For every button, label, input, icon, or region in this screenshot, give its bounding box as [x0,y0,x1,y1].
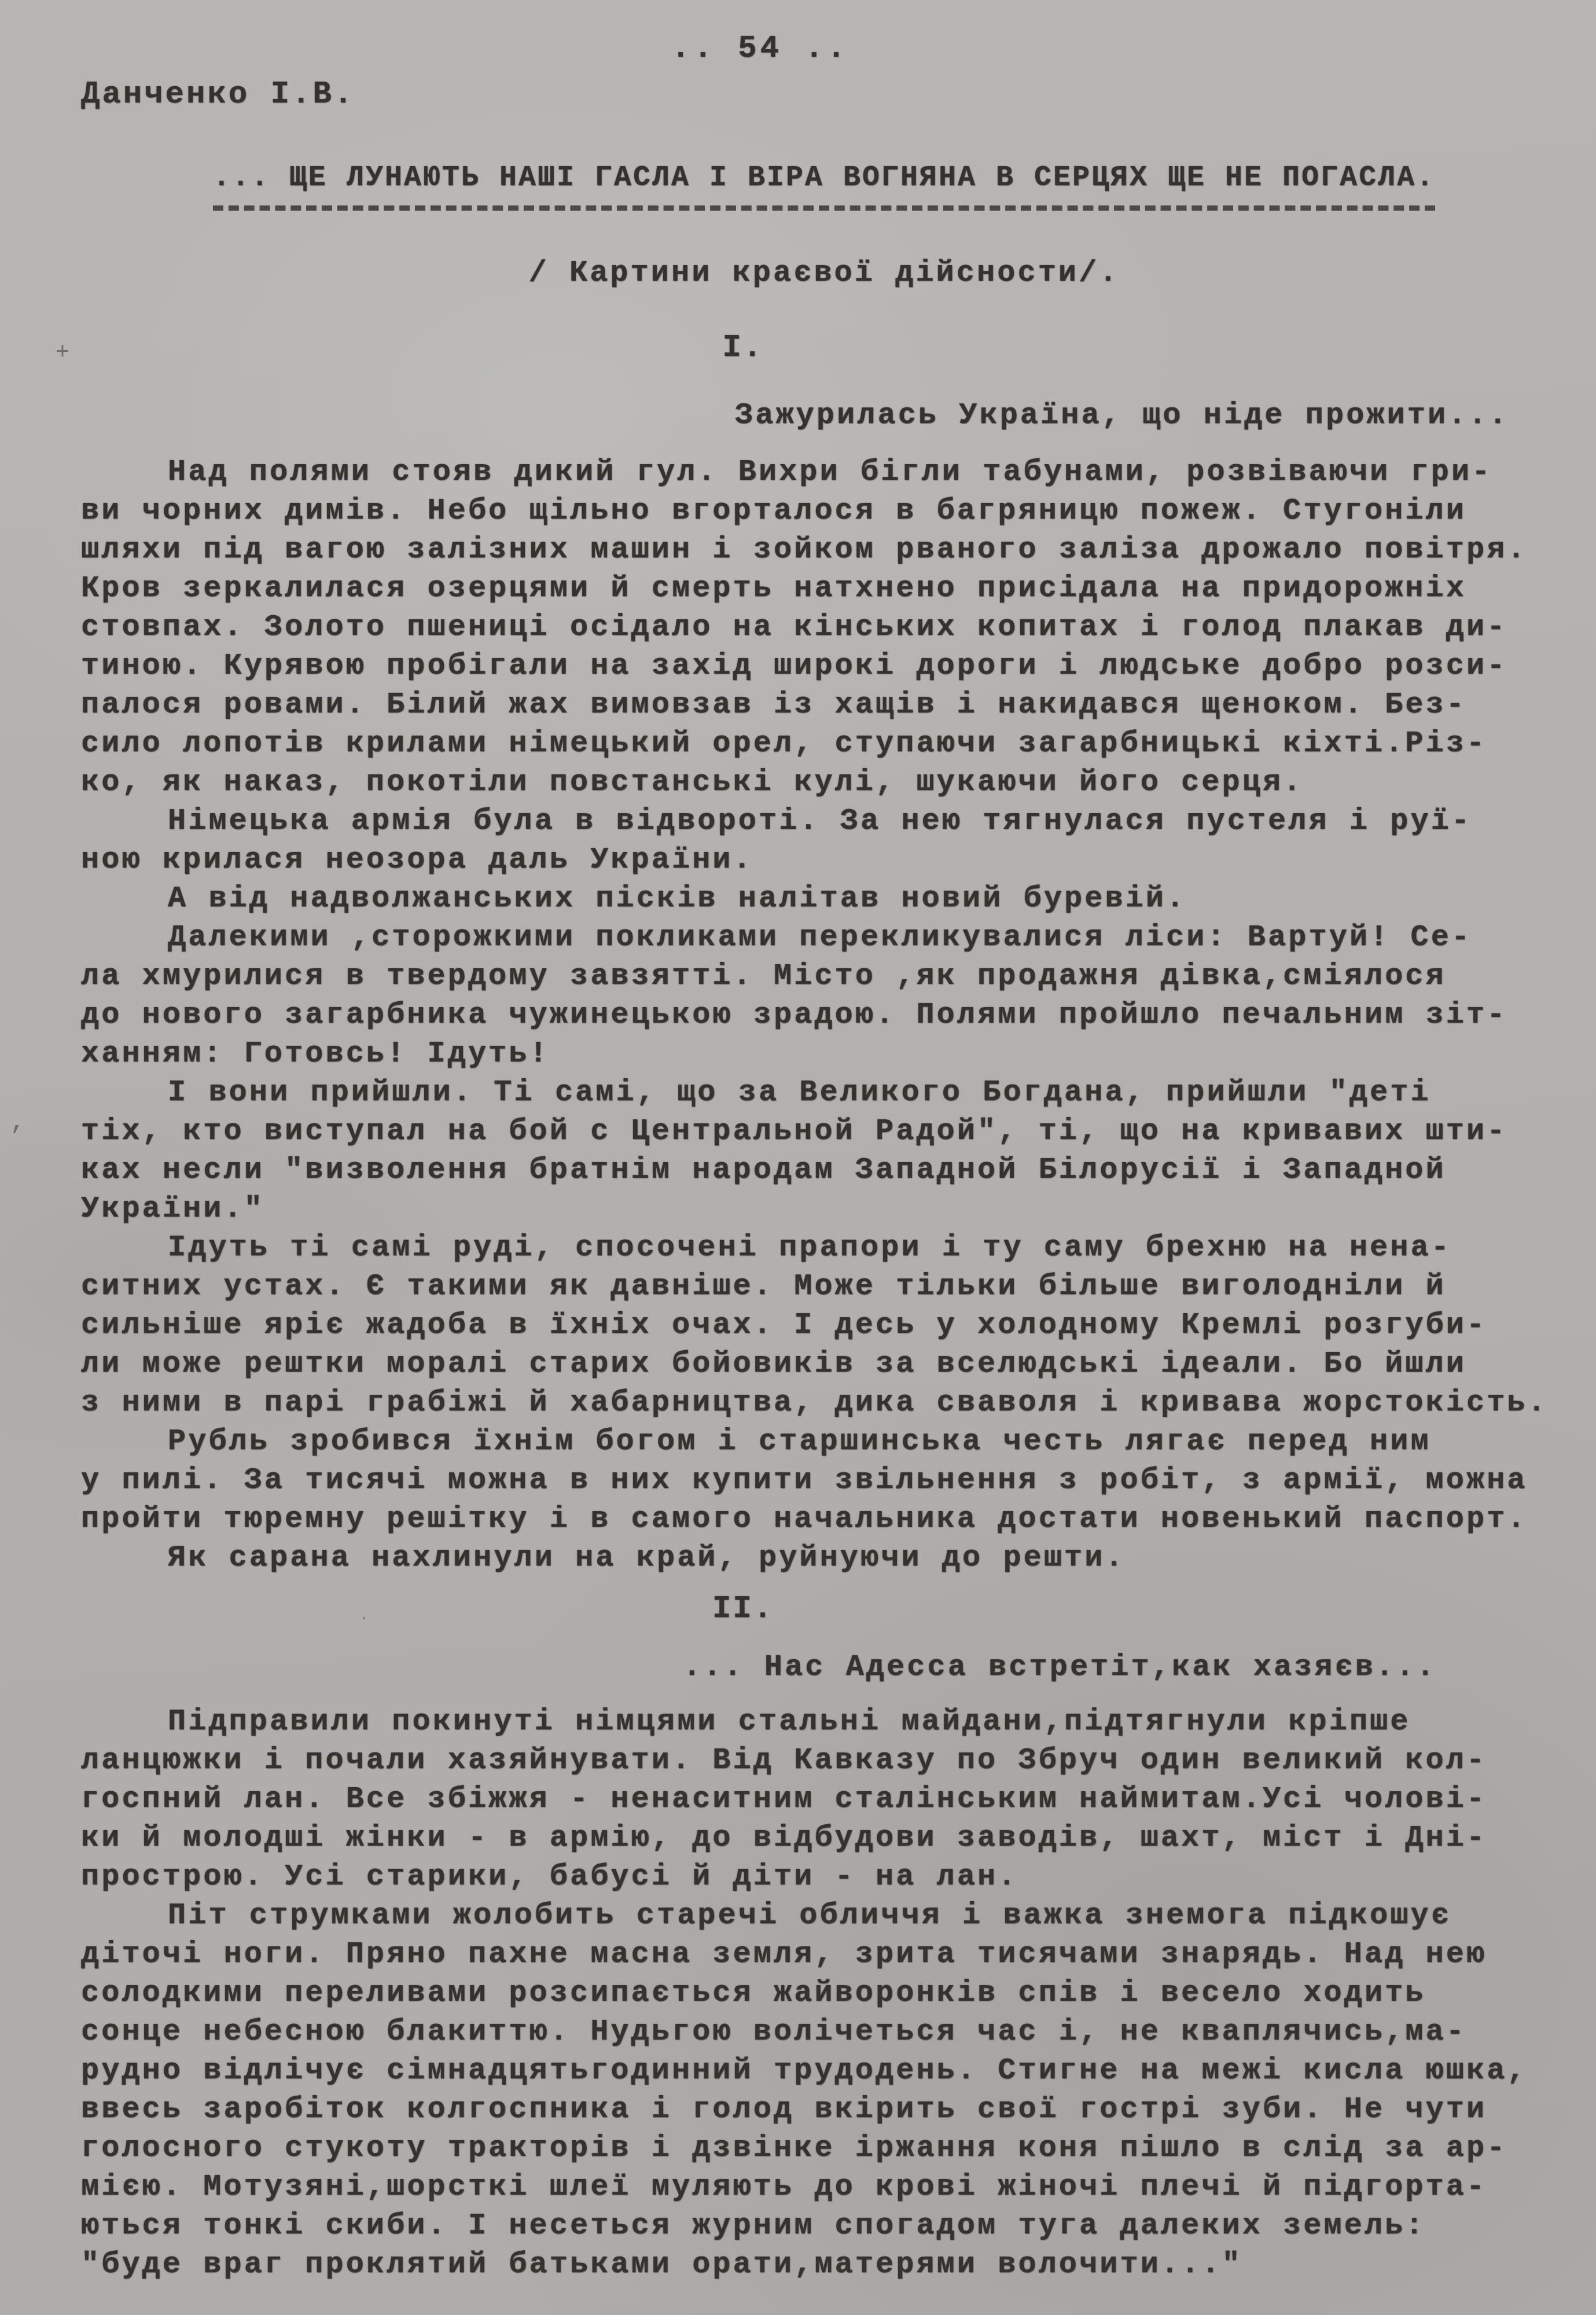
text-line: ланцюжки і почали хазяйнувати. Від Кавка… [81,1741,1567,1780]
document-sections: І.Зажурилась Україна, що ніде прожити...… [81,331,1567,2284]
text-line: стовпах. Золото пшениці осідало на кінсь… [81,608,1567,646]
text-line: Ідуть ті самі руді, спосочені прапори і … [81,1228,1567,1267]
text-line: І вони прийшли. Ті самі, що за Великого … [81,1073,1567,1112]
text-line: ки й молодші жінки - в армію, до відбудо… [81,1818,1567,1857]
text-line: прострою. Усі старики, бабусі й діти - н… [81,1857,1567,1896]
text-line: тиною. Курявою пробігали на захід широкі… [81,646,1567,685]
text-line: ною крилася неозора даль України. [81,840,1567,879]
subtitle-block: / Картини краєвої дійсности/. [81,256,1567,291]
text-line: ла хмурилися в твердому завзятті. Місто … [81,957,1567,995]
text-line: Німецька армія була в відвороті. За нею … [81,802,1567,840]
text-line: госпний лан. Все збіжжя - ненаситним ста… [81,1780,1567,1818]
text-line: Рубль зробився їхнім богом і старшинська… [81,1422,1567,1461]
text-line: пройти тюремну решітку і в самого началь… [81,1500,1567,1538]
text-line: голосного стукоту тракторів і дзвінке ір… [81,2129,1567,2167]
section-paragraphs: Підправили покинуті німцями стальні майд… [81,1702,1567,2284]
title-block: ... ЩЕ ЛУНАЮТЬ НАШІ ГАСЛА І ВІРА ВОГНЯНА… [81,161,1567,211]
text-line: ви чорних димів. Небо щільно вгорталося … [81,491,1567,530]
text-line: Кров зеркалилася озерцями й смерть натхн… [81,569,1567,608]
scanned-typewritten-page: + ’ · .. 54 .. Данченко І.В. ... ЩЕ ЛУНА… [0,0,1596,2315]
text-line: діточі ноги. Пряно пахне масна земля, зр… [81,1935,1567,1974]
text-line: ли може рештки моралі старих бойовиків з… [81,1344,1567,1383]
text-line: шляхи під вагою залізних машин і зойком … [81,530,1567,569]
section-: ІІ.... Нас Адесса встретіт,как хазяєв...… [81,1592,1567,2284]
document-title: ... ЩЕ ЛУНАЮТЬ НАШІ ГАСЛА І ВІРА ВОГНЯНА… [213,161,1435,211]
text-line: ситних устах. Є такими як давніше. Може … [81,1267,1567,1306]
text-line: ються тонкі скиби. І несеться журним спо… [81,2206,1567,2245]
text-line: солодкими переливами розсипається жайвор… [81,1974,1567,2012]
text-line: з ними в парі грабіжі й хабарництва, дик… [81,1383,1567,1422]
section-epigraph: Зажурилась Україна, що ніде прожити... [735,398,1567,433]
text-line: тіх, кто виступал на бой с Центральной Р… [81,1112,1567,1151]
text-line: Піт струмками жолобить старечі обличчя і… [81,1896,1567,1935]
text-line: рудно відлічує сімнадцятьгодинний трудод… [81,2051,1567,2090]
text-line: "буде враг проклятий батьками орати,мате… [81,2245,1567,2284]
section-paragraphs: Над полями стояв дикий гул. Вихри бігли … [81,453,1567,1577]
section-heading: І. [0,331,1486,366]
text-line: до нового загарбника чужинецькою зрадою.… [81,995,1567,1034]
text-line: ввесь заробіток колгоспника і голод вкір… [81,2090,1567,2129]
text-line: України." [81,1189,1567,1228]
text-line: сильніше яріє жадоба в їхніх очах. І дес… [81,1306,1567,1344]
section-epigraph: ... Нас Адесса встретіт,как хазяєв... [683,1650,1567,1685]
text-line: сонце небесною блакиттю. Нудьгою волічет… [81,2012,1567,2051]
text-line: ко, як наказ, покотіли повстанські кулі,… [81,763,1567,802]
scan-artifact-tick: ’ [8,1123,24,1153]
text-line: ках несли "визволення братнім народам За… [81,1151,1567,1189]
text-line: ханням: Готовсь! Ідуть! [81,1034,1567,1073]
text-line: Над полями стояв дикий гул. Вихри бігли … [81,453,1567,491]
text-line: палося ровами. Білий жах вимовзав із хащ… [81,685,1567,724]
text-line: А від надволжанських пісків налітав нови… [81,879,1567,918]
text-line: мією. Мотузяні,шорсткі шлеї муляють до к… [81,2167,1567,2206]
author-name: Данченко І.В. [81,77,1567,113]
text-line: сило лопотів крилами німецький орел, сту… [81,724,1567,763]
page-number: .. 54 .. [671,32,1567,67]
text-line: Як сарана нахлинули на край, руйнуючи до… [81,1538,1567,1577]
section-heading: ІІ. [0,1592,1486,1627]
text-line: Далекими ,сторожкими покликами переклику… [81,918,1567,957]
text-line: Підправили покинуті німцями стальні майд… [81,1702,1567,1741]
text-line: у пилі. За тисячі можна в них купити зві… [81,1461,1567,1500]
section-: І.Зажурилась Україна, що ніде прожити...… [81,331,1567,1577]
document-subtitle: / Картини краєвої дійсности/. [529,256,1120,291]
